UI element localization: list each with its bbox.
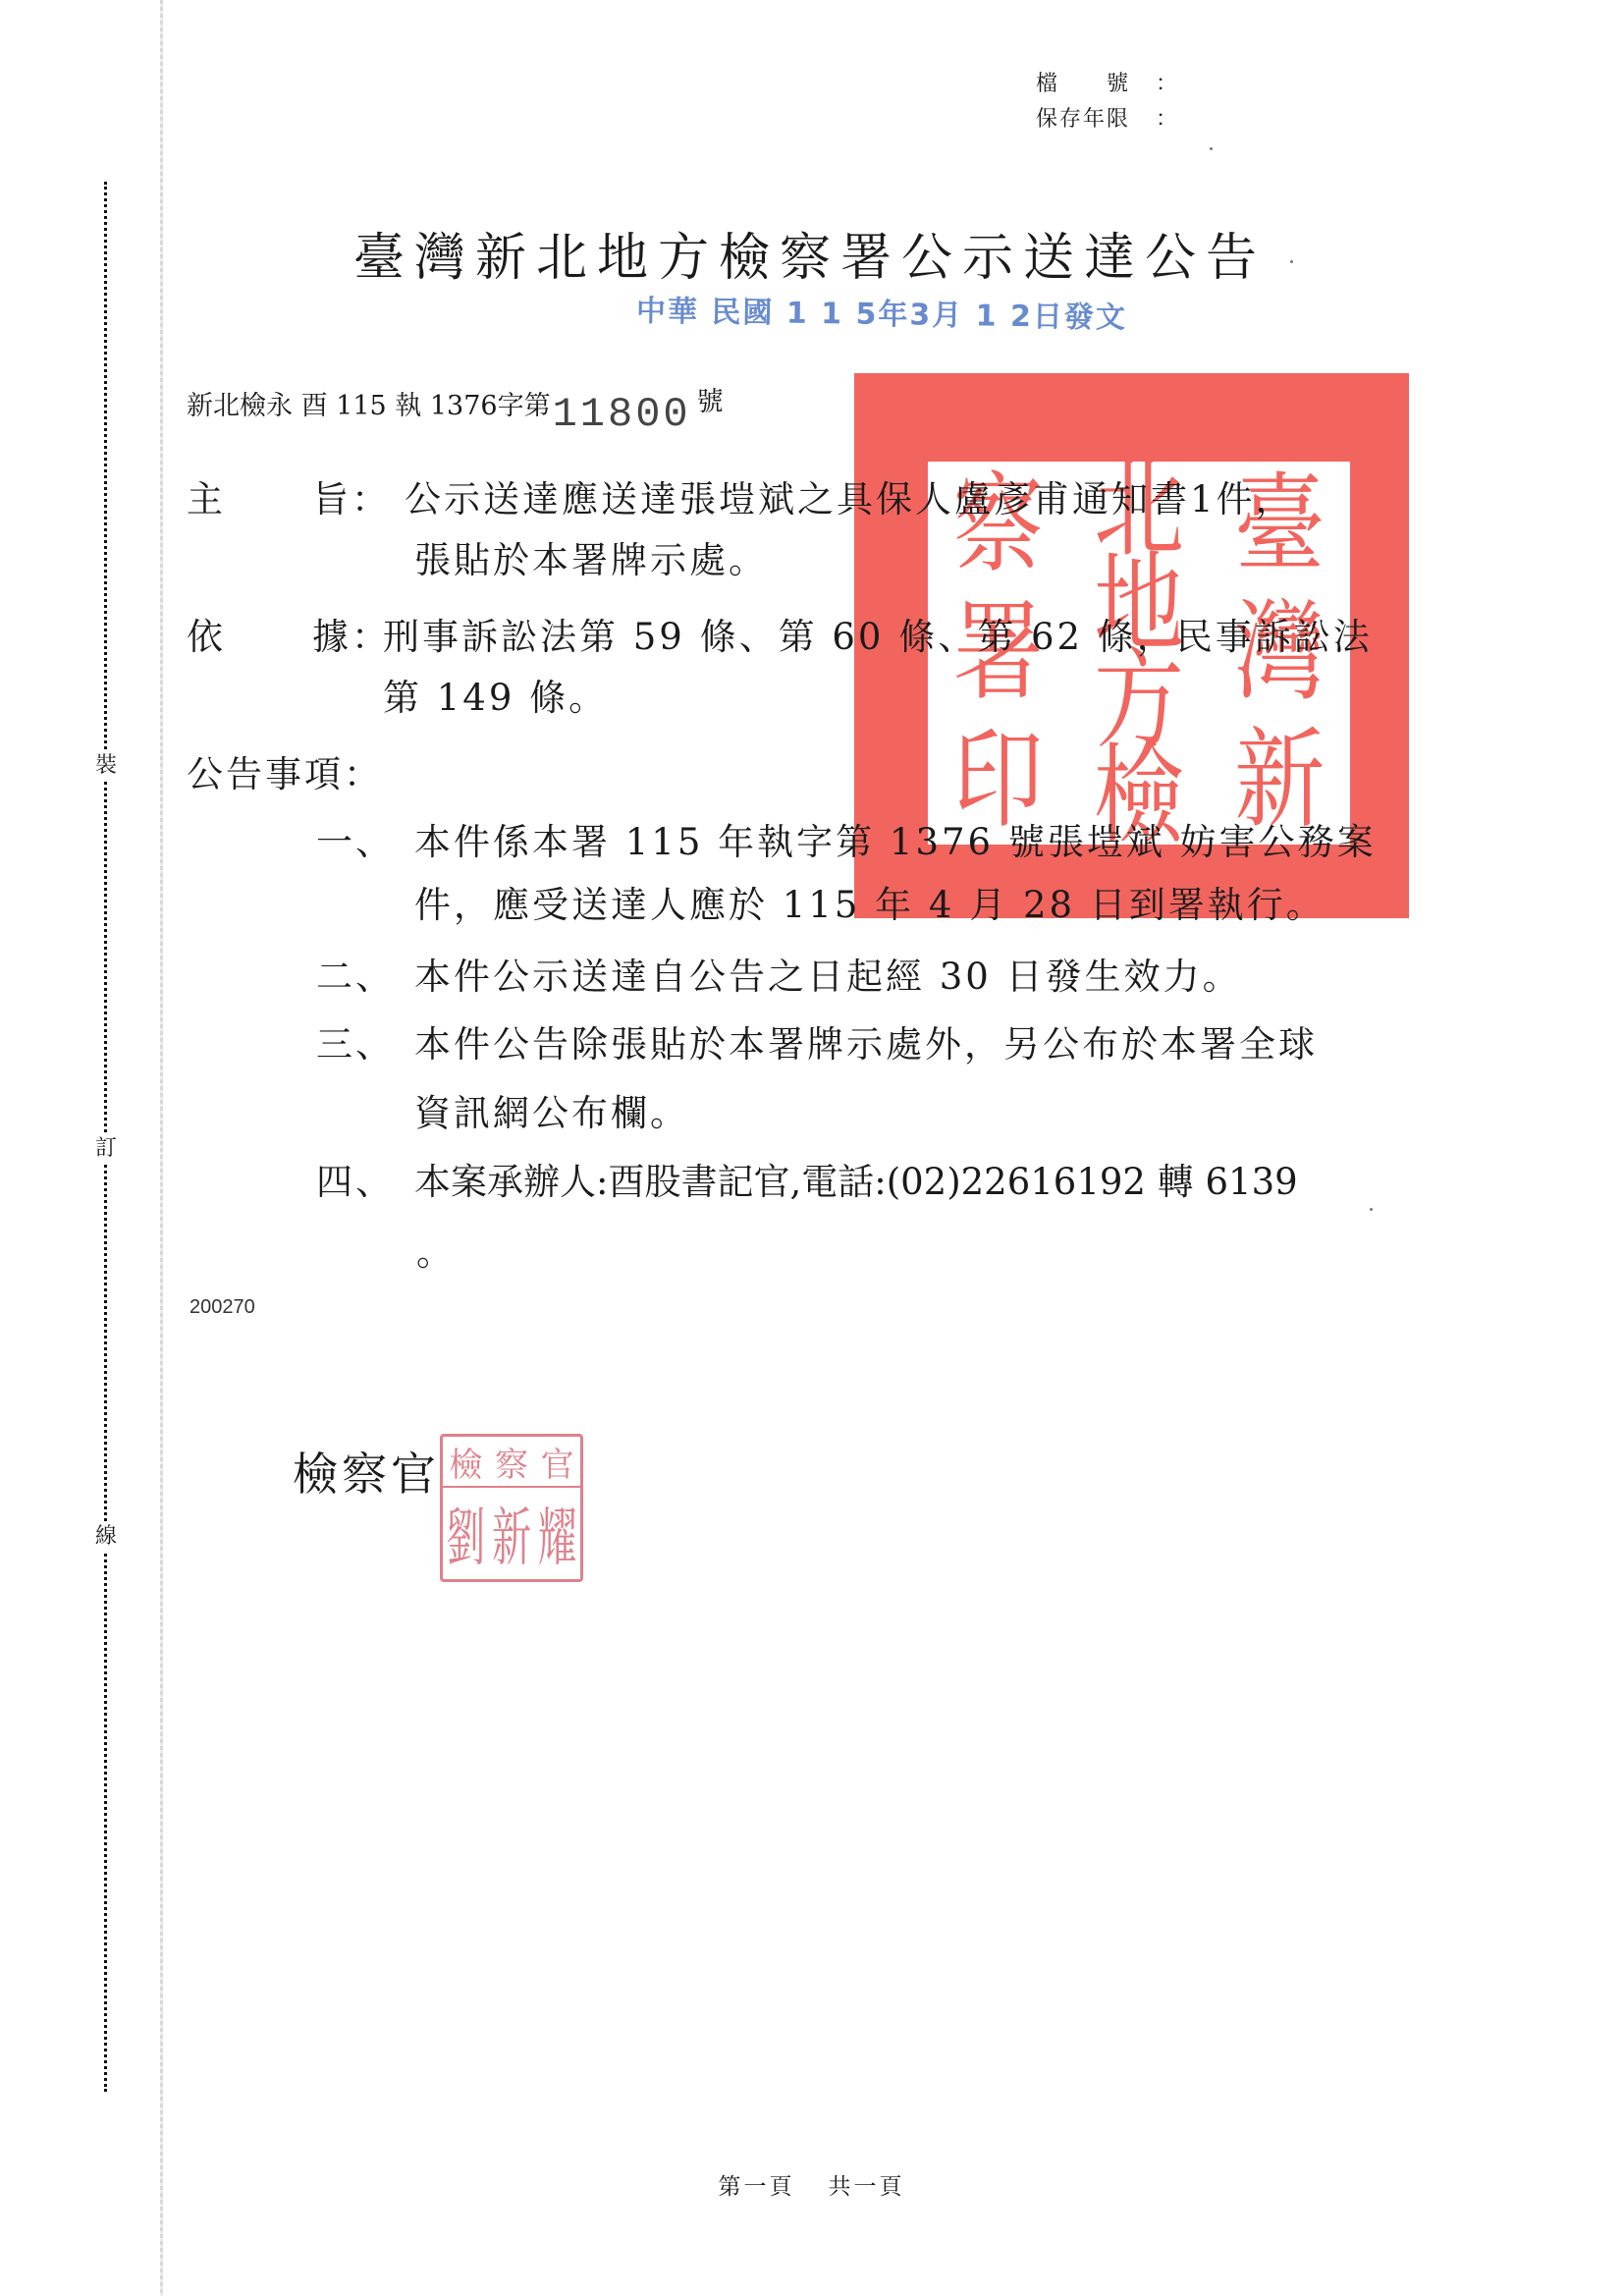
notice-item-line: 本件公告除張貼於本署牌示處外，另公布於本署全球 — [414, 1013, 1435, 1076]
prosecutor-seal-name: 耀 新 劉 — [443, 1488, 580, 1578]
file-number-row: 檔 號 ： — [1036, 67, 1179, 102]
notice-item-line: 。 — [414, 1214, 1494, 1292]
subject-line-1: 公示送達應送達張塏斌之具保人盧彥甫通知書1件， — [405, 469, 1612, 530]
basis-heading: 依據： — [187, 607, 403, 668]
notice-item-line: 本案承辦人:酉股書記官,電話:(02)22616192 轉 6139 — [414, 1151, 1494, 1214]
notice-item-number: 三、 — [316, 1013, 414, 1076]
subject-label-1: 主 — [187, 469, 312, 530]
notice-item-3: 三、 本件公告除張貼於本署牌示處外，另公布於本署全球 資訊網公布欄。 — [316, 1013, 1435, 1141]
scan-edge — [160, 0, 163, 2296]
notice-item-text: 本件公告除張貼於本署牌示處外，另公布於本署全球 資訊網公布欄。 — [414, 1013, 1435, 1151]
subject-section: 主旨： 公示送達應送達張塏斌之具保人盧彥甫通知書1件， 張貼於本署牌示處。 — [187, 469, 1414, 591]
notice-item-2: 二、 本件公示送達自公告之日起經 30 日發生效力。 — [316, 946, 1435, 1009]
document-number-suffix: 號 — [697, 380, 724, 418]
retention-label: 保存年限 — [1036, 102, 1152, 137]
notice-item-number: 二、 — [316, 946, 414, 1009]
page-current: 第一頁 — [719, 2174, 795, 2200]
colon: ： — [1156, 102, 1179, 137]
notice-item-text: 本件公示送達自公告之日起經 30 日發生效力。 — [414, 946, 1435, 1009]
seal-char: 劉 — [446, 1488, 485, 1577]
document-serial-number: 11800 — [553, 391, 691, 438]
document-number: 新北檢永 酉 115 執 1376字第 11800 號 — [187, 375, 724, 422]
seal-char: 察 — [495, 1438, 528, 1486]
form-code: 200270 — [189, 1296, 255, 1319]
notice-item-4: 四、 本案承辦人:酉股書記官,電話:(02)22616192 轉 6139 。 — [316, 1151, 1435, 1279]
notice-item-text: 本件係本署 115 年執字第 1376 號張塏斌 妨害公務案 件，應受送達人應於… — [414, 811, 1435, 937]
notice-item-text: 本案承辦人:酉股書記官,電話:(02)22616192 轉 6139 。 — [414, 1151, 1494, 1292]
notice-item-1: 一、 本件係本署 115 年執字第 1376 號張塏斌 妨害公務案 件，應受送達… — [316, 811, 1435, 939]
dispatch-date-stamp: 中華 民國 1 1 5年3月 1 2日發文 — [636, 287, 1127, 337]
document-title: 臺灣新北地方檢察署公示送達公告 — [353, 216, 1267, 290]
file-meta: 檔 號 ： 保存年限 ： — [1036, 67, 1179, 137]
subject-heading: 主旨： — [187, 469, 403, 530]
prosecutor-seal-title: 檢 察 官 — [443, 1437, 580, 1488]
seal-char: 官 — [541, 1438, 574, 1486]
file-number-label: 檔 號 — [1036, 67, 1152, 102]
retention-row: 保存年限 ： — [1036, 102, 1179, 137]
notice-item-line: 件，應受送達人應於 115 年 4 月 28 日到署執行。 — [414, 874, 1435, 937]
notice-item-line: 資訊網公布欄。 — [414, 1076, 1435, 1151]
page-total: 共一頁 — [829, 2174, 905, 2200]
basis-body: 刑事訴訟法第 59 條、第 60 條、第 62 條，民事訴訟法 第 149 條。 — [383, 607, 1623, 729]
basis-section: 依據： 刑事訴訟法第 59 條、第 60 條、第 62 條，民事訴訟法 第 14… — [187, 607, 1434, 729]
scan-speck — [1370, 1208, 1373, 1211]
basis-line-2: 第 149 條。 — [383, 668, 1623, 729]
document-number-prefix: 新北檢永 酉 115 執 1376字第 — [187, 384, 551, 422]
subject-line-2: 張貼於本署牌示處。 — [405, 530, 1612, 591]
subject-label-2: 旨： — [312, 478, 391, 520]
page-footer: 第一頁共一頁 — [0, 2168, 1623, 2201]
basis-line-1: 刑事訴訟法第 59 條、第 60 條、第 62 條，民事訴訟法 — [383, 607, 1623, 668]
notice-items-heading: 公告事項： — [187, 744, 383, 805]
basis-label-1: 依 — [187, 607, 312, 668]
notice-item-line: 本件公示送達自公告之日起經 30 日發生效力。 — [414, 946, 1435, 1009]
binding-label-xian: 線 — [92, 1523, 120, 1551]
seal-char: 新 — [492, 1488, 531, 1577]
scan-speck — [1290, 260, 1293, 263]
seal-char: 檢 — [449, 1438, 482, 1486]
notice-item-number: 一、 — [316, 811, 414, 874]
prosecutor-seal: 檢 察 官 耀 新 劉 — [440, 1434, 583, 1582]
basis-label-2: 據： — [312, 616, 391, 658]
colon: ： — [1156, 67, 1179, 102]
notice-item-line: 本件係本署 115 年執字第 1376 號張塏斌 妨害公務案 — [414, 811, 1435, 874]
seal-char: 耀 — [538, 1488, 577, 1577]
signer-title: 檢察官 — [293, 1439, 440, 1503]
binding-label-zhuang: 裝 — [92, 752, 120, 780]
binding-label-ding: 訂 — [92, 1135, 120, 1163]
notice-item-number: 四、 — [316, 1151, 414, 1214]
scan-speck — [1210, 147, 1213, 150]
subject-body: 公示送達應送達張塏斌之具保人盧彥甫通知書1件， 張貼於本署牌示處。 — [405, 469, 1612, 591]
